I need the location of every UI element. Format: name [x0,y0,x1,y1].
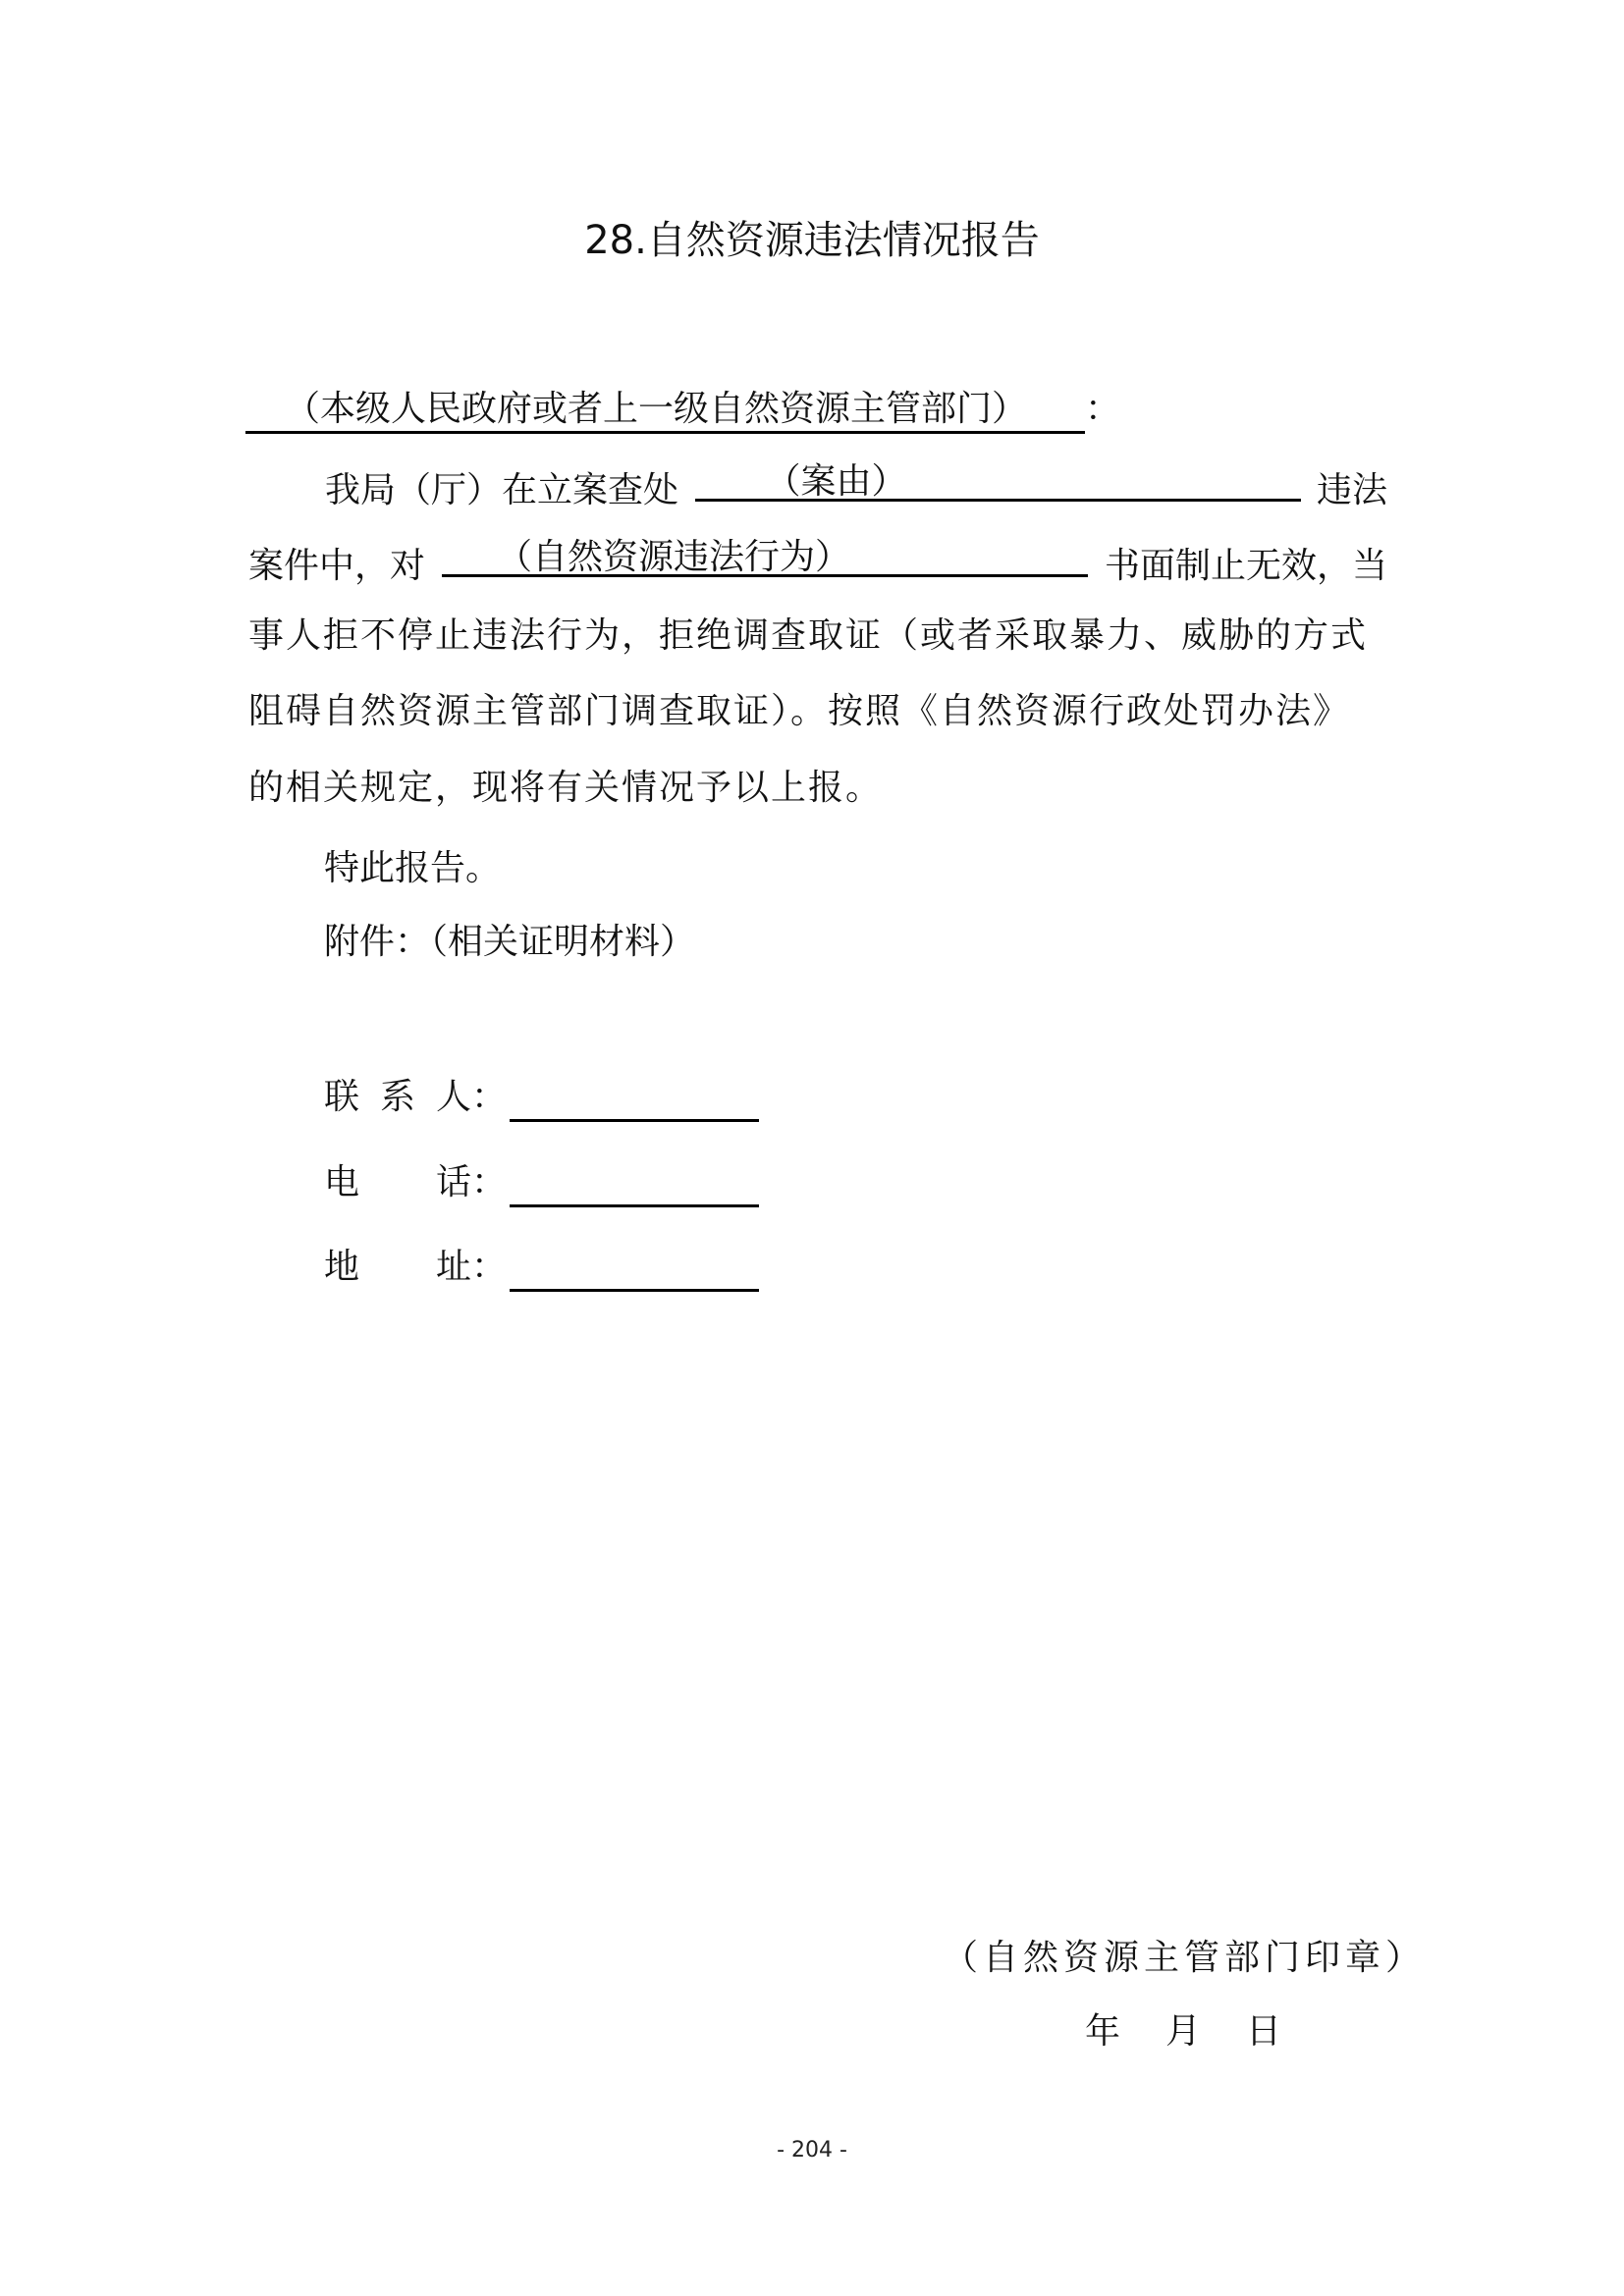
label-char: 人 [436,1073,471,1122]
address-input[interactable] [510,1250,759,1292]
address-field: 地 址 ： [324,1243,759,1292]
body-line-3-text: 事人拒不停止违法行为，拒绝调查取证（或者采取暴力、威胁的方式 [248,615,1368,656]
addressee-colon: ： [1085,389,1120,429]
label-colon: ： [471,1158,507,1207]
label-char: 电 [324,1158,359,1207]
label-char: 地 [324,1243,359,1292]
body-line-4-text: 阻碍自然资源主管部门调查取证）。按照《自然资源行政处罚办法》 [248,691,1350,731]
seal-placeholder: （自然资源主管部门印章） [943,1934,1426,1983]
attachment-value: （相关证明材料） [430,922,695,962]
date-line: 年 月 日 [1085,2007,1281,2056]
body-line-2-suffix: 书面制止无效，当 [1105,542,1387,591]
body-line-5: 的相关规定，现将有关情况予以上报。 [248,764,1387,813]
label-char: 话 [436,1158,471,1207]
case-cause-hint: （案由） [766,457,907,507]
document-title: 28.自然资源违法情况报告 [0,214,1624,267]
date-day: 日 [1246,2007,1281,2056]
case-cause-blank[interactable]: （案由） [695,459,1301,502]
page-number: - 204 - [0,2138,1624,2163]
violation-act-hint: （自然资源违法行为） [497,533,850,582]
phone-field: 电 话 ： [324,1158,759,1207]
body-line-1-suffix: 违法 [1317,466,1387,515]
attachment-label: 附件： [324,922,430,962]
label-colon: ： [471,1073,507,1122]
addressee-line: （本级人民政府或者上一级自然资源主管部门）： [245,385,1120,434]
phone-input[interactable] [510,1165,759,1207]
contact-person-label: 联 系 人 [324,1073,471,1122]
address-label: 地 址 [324,1243,471,1292]
date-month: 月 [1165,2007,1246,2056]
violation-act-blank[interactable]: （自然资源违法行为） [442,535,1088,577]
label-char: 址 [436,1243,471,1292]
body-line-1: 我局（厅）在立案查处 （案由） 违法 [248,459,1387,515]
contact-person-input[interactable] [510,1080,759,1122]
body-line-5-text: 的相关规定，现将有关情况予以上报。 [248,768,883,808]
body-line-2-prefix: 案件中，对 [248,542,425,591]
phone-label: 电 话 [324,1158,471,1207]
date-year: 年 [1085,2007,1165,2056]
body-line-3: 事人拒不停止违法行为，拒绝调查取证（或者采取暴力、威胁的方式 [248,612,1387,661]
label-char: 系 [380,1073,415,1122]
contact-person-field: 联 系 人 ： [324,1073,759,1122]
label-colon: ： [471,1243,507,1292]
label-char: 联 [324,1073,359,1122]
body-line-2: 案件中，对 （自然资源违法行为） 书面制止无效，当 [248,535,1387,591]
closing-text: 特此报告。 [324,844,501,893]
attachment-line: 附件：（相关证明材料） [324,918,695,967]
body-line-1-prefix: 我局（厅）在立案查处 [248,466,678,515]
body-line-4: 阻碍自然资源主管部门调查取证）。按照《自然资源行政处罚办法》 [248,687,1387,736]
addressee-blank[interactable]: （本级人民政府或者上一级自然资源主管部门） [245,388,1085,434]
